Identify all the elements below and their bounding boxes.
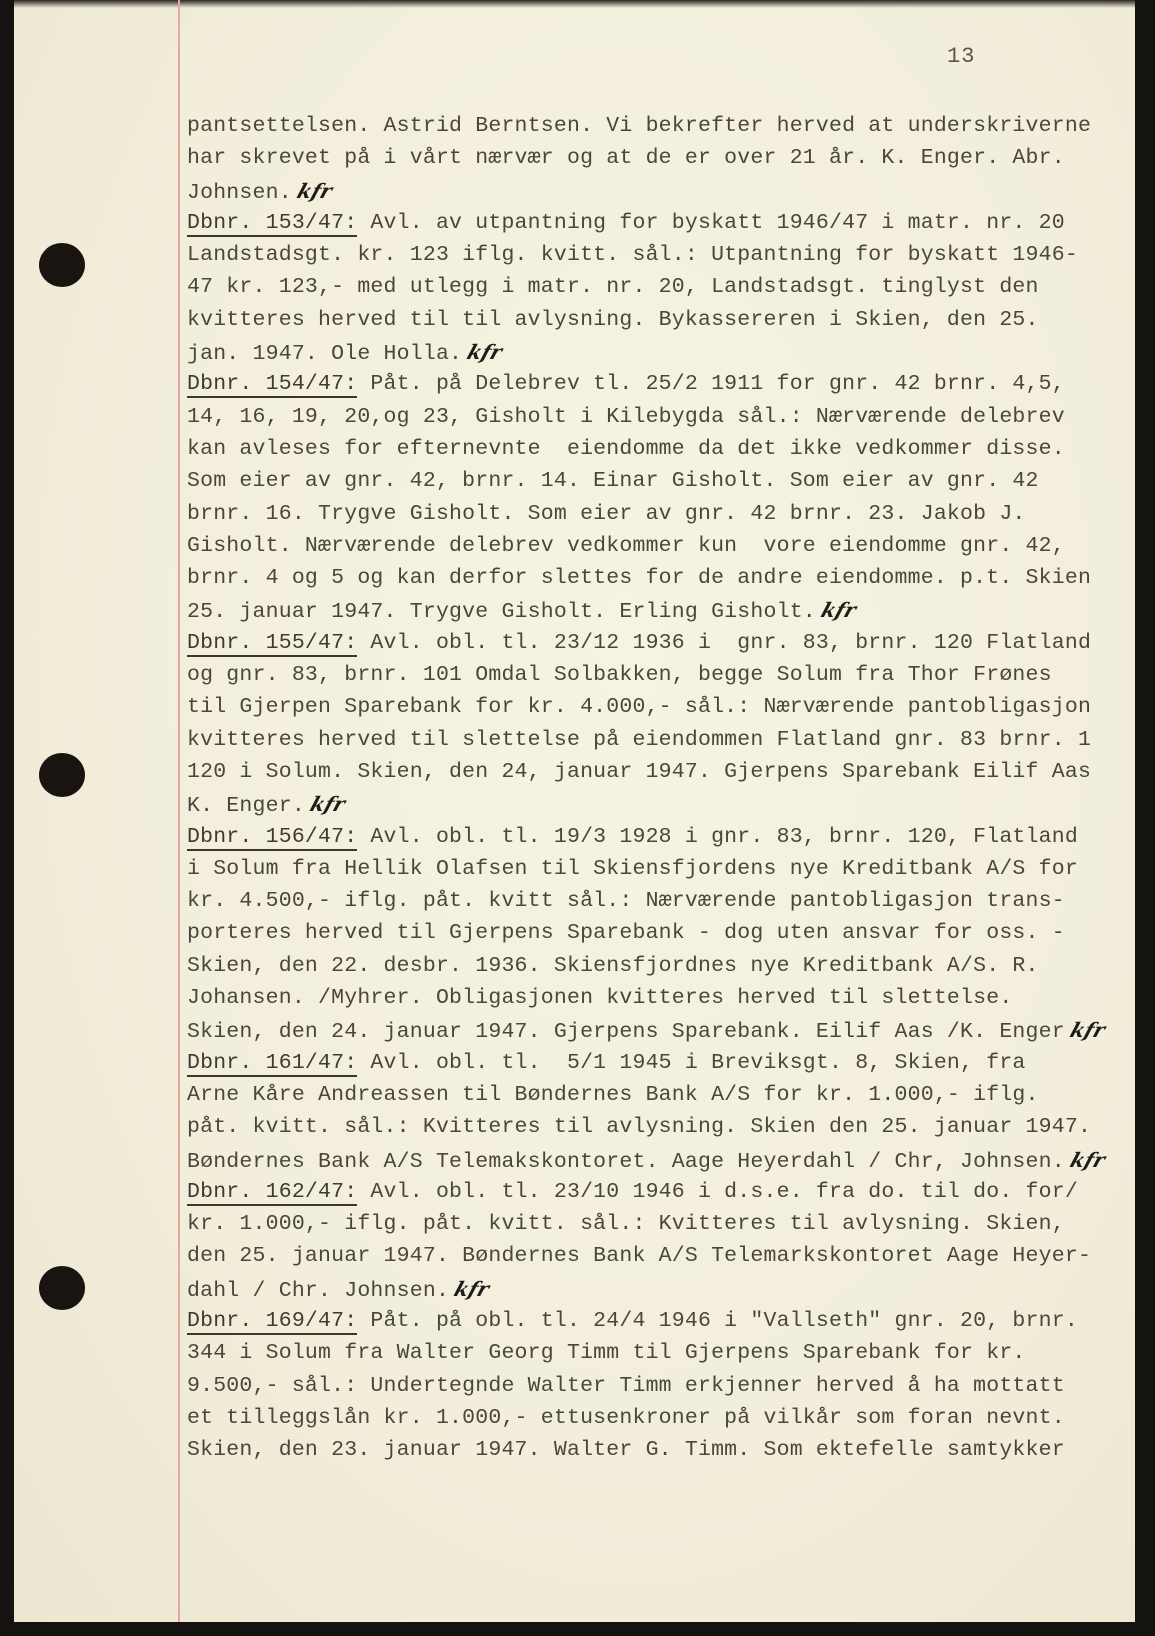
text-line: Johnsen.kfr	[187, 175, 1107, 207]
text-line: 9.500,- sål.: Undertegnde Walter Timm er…	[187, 1370, 1107, 1402]
line-text: Johansen. /Myhrer. Obligasjonen kvittere…	[187, 986, 1012, 1010]
line-text: 120 i Solum. Skien, den 24, januar 1947.…	[187, 760, 1091, 784]
dbnr-reference: Dbnr. 156/47:	[187, 825, 357, 851]
binder-hole-icon	[39, 243, 85, 287]
line-text: 14, 16, 19, 20,og 23, Gisholt i Kilebygd…	[187, 405, 1065, 429]
line-text: kvitteres herved til slettelse på eiendo…	[187, 728, 1091, 752]
text-line: 14, 16, 19, 20,og 23, Gisholt i Kilebygd…	[187, 401, 1107, 433]
handwritten-initials-icon: kfr	[306, 788, 350, 820]
handwritten-initials-icon: kfr	[817, 594, 861, 626]
text-line: dahl / Chr. Johnsen.kfr	[187, 1273, 1107, 1305]
line-text: Avl. obl. tl. 19/3 1928 i gnr. 83, brnr.…	[357, 825, 1078, 849]
dbnr-reference: Dbnr. 162/47:	[187, 1180, 357, 1206]
text-line: Som eier av gnr. 42, brnr. 14. Einar Gis…	[187, 465, 1107, 497]
text-line: kvitteres herved til til avlysning. Byka…	[187, 304, 1107, 336]
line-text: jan. 1947. Ole Holla.	[187, 342, 462, 366]
handwritten-initials-icon: kfr	[463, 336, 507, 368]
line-text: Bøndernes Bank A/S Telemakskontoret. Aag…	[187, 1150, 1065, 1174]
line-text: brnr. 16. Trygve Gisholt. Som eier av gn…	[187, 502, 1026, 526]
text-line: og gnr. 83, brnr. 101 Omdal Solbakken, b…	[187, 659, 1107, 691]
text-line: har skrevet på i vårt nærvær og at de er…	[187, 142, 1107, 174]
text-line: pantsettelsen. Astrid Berntsen. Vi bekre…	[187, 110, 1107, 142]
line-text: Skien, den 22. desbr. 1936. Skiensfjordn…	[187, 954, 1039, 978]
text-line: kr. 4.500,- iflg. påt. kvitt sål.: Nærvæ…	[187, 885, 1107, 917]
line-text: 47 kr. 123,- med utlegg i matr. nr. 20, …	[187, 275, 1039, 299]
text-line: Johansen. /Myhrer. Obligasjonen kvittere…	[187, 982, 1107, 1014]
line-text: 25. januar 1947. Trygve Gisholt. Erling …	[187, 600, 816, 624]
entry-header-line: Dbnr. 161/47: Avl. obl. tl. 5/1 1945 i B…	[187, 1047, 1107, 1079]
red-margin-line	[178, 0, 180, 1622]
line-text: Skien, den 24. januar 1947. Gjerpens Spa…	[187, 1020, 1065, 1044]
document-page: 13 pantsettelsen. Astrid Berntsen. Vi be…	[14, 0, 1135, 1622]
text-line: brnr. 16. Trygve Gisholt. Som eier av gn…	[187, 498, 1107, 530]
line-text: 9.500,- sål.: Undertegnde Walter Timm er…	[187, 1374, 1065, 1398]
handwritten-initials-icon: kfr	[293, 175, 337, 207]
text-line: 47 kr. 123,- med utlegg i matr. nr. 20, …	[187, 271, 1107, 303]
line-text: Påt. på Delebrev tl. 25/2 1911 for gnr. …	[357, 372, 1065, 396]
text-line: i Solum fra Hellik Olafsen til Skiensfjo…	[187, 853, 1107, 885]
line-text: Johnsen.	[187, 181, 292, 205]
entry-header-line: Dbnr. 154/47: Påt. på Delebrev tl. 25/2 …	[187, 368, 1107, 400]
binder-hole-icon	[39, 1266, 85, 1310]
text-line: Gisholt. Nærværende delebrev vedkommer k…	[187, 530, 1107, 562]
text-line: påt. kvitt. sål.: Kvitteres til avlysnin…	[187, 1111, 1107, 1143]
entry-header-line: Dbnr. 169/47: Påt. på obl. tl. 24/4 1946…	[187, 1305, 1107, 1337]
binder-hole-icon	[39, 753, 85, 797]
text-line: 25. januar 1947. Trygve Gisholt. Erling …	[187, 594, 1107, 626]
handwritten-initials-icon: kfr	[1066, 1014, 1110, 1046]
entry-header-line: Dbnr. 162/47: Avl. obl. tl. 23/10 1946 i…	[187, 1176, 1107, 1208]
line-text: 344 i Solum fra Walter Georg Timm til Gj…	[187, 1341, 1026, 1365]
dbnr-reference: Dbnr. 161/47:	[187, 1051, 357, 1077]
line-text: kan avleses for efternevnte eiendomme da…	[187, 437, 1065, 461]
line-text: Landstadsgt. kr. 123 iflg. kvitt. sål.: …	[187, 243, 1078, 267]
dbnr-reference: Dbnr. 169/47:	[187, 1309, 357, 1335]
text-line: jan. 1947. Ole Holla.kfr	[187, 336, 1107, 368]
text-line: 120 i Solum. Skien, den 24, januar 1947.…	[187, 756, 1107, 788]
text-line: Skien, den 22. desbr. 1936. Skiensfjordn…	[187, 950, 1107, 982]
text-line: Bøndernes Bank A/S Telemakskontoret. Aag…	[187, 1144, 1107, 1176]
text-line: 344 i Solum fra Walter Georg Timm til Gj…	[187, 1337, 1107, 1369]
line-text: brnr. 4 og 5 og kan derfor slettes for d…	[187, 566, 1091, 590]
text-line: Arne Kåre Andreassen til Bøndernes Bank …	[187, 1079, 1107, 1111]
handwritten-initials-icon: kfr	[1066, 1144, 1110, 1176]
line-text: Skien, den 23. januar 1947. Walter G. Ti…	[187, 1438, 1065, 1462]
dbnr-reference: Dbnr. 153/47:	[187, 211, 357, 237]
line-text: dahl / Chr. Johnsen.	[187, 1279, 449, 1303]
line-text: Gisholt. Nærværende delebrev vedkommer k…	[187, 534, 1065, 558]
line-text: Avl. obl. tl. 23/12 1936 i gnr. 83, brnr…	[357, 631, 1091, 655]
text-line: kan avleses for efternevnte eiendomme da…	[187, 433, 1107, 465]
handwritten-initials-icon: kfr	[450, 1273, 494, 1305]
dbnr-reference: Dbnr. 154/47:	[187, 372, 357, 398]
line-text: kvitteres herved til til avlysning. Byka…	[187, 308, 1039, 332]
line-text: pantsettelsen. Astrid Berntsen. Vi bekre…	[187, 114, 1091, 138]
line-text: Arne Kåre Andreassen til Bøndernes Bank …	[187, 1083, 1039, 1107]
text-line: K. Enger.kfr	[187, 788, 1107, 820]
line-text: i Solum fra Hellik Olafsen til Skiensfjo…	[187, 857, 1078, 881]
line-text: Som eier av gnr. 42, brnr. 14. Einar Gis…	[187, 469, 1039, 493]
line-text: K. Enger.	[187, 794, 305, 818]
text-line: porteres herved til Gjerpens Sparebank -…	[187, 917, 1107, 949]
page-number: 13	[947, 44, 975, 69]
text-line: kvitteres herved til slettelse på eiendo…	[187, 724, 1107, 756]
text-line: den 25. januar 1947. Bøndernes Bank A/S …	[187, 1240, 1107, 1272]
line-text: og gnr. 83, brnr. 101 Omdal Solbakken, b…	[187, 663, 1052, 687]
line-text: Avl. obl. tl. 23/10 1946 i d.s.e. fra do…	[357, 1180, 1078, 1204]
entry-header-line: Dbnr. 155/47: Avl. obl. tl. 23/12 1936 i…	[187, 627, 1107, 659]
line-text: Avl. av utpantning for byskatt 1946/47 i…	[357, 211, 1065, 235]
text-line: Landstadsgt. kr. 123 iflg. kvitt. sål.: …	[187, 239, 1107, 271]
line-text: et tilleggslån kr. 1.000,- ettusenkroner…	[187, 1406, 1065, 1430]
line-text: Påt. på obl. tl. 24/4 1946 i "Vallseth" …	[357, 1309, 1078, 1333]
line-text: påt. kvitt. sål.: Kvitteres til avlysnin…	[187, 1115, 1091, 1139]
text-line: Skien, den 23. januar 1947. Walter G. Ti…	[187, 1434, 1107, 1466]
text-line: kr. 1.000,- iflg. påt. kvitt. sål.: Kvit…	[187, 1208, 1107, 1240]
text-line: til Gjerpen Sparebank for kr. 4.000,- så…	[187, 691, 1107, 723]
text-line: et tilleggslån kr. 1.000,- ettusenkroner…	[187, 1402, 1107, 1434]
page-edge-shadow	[14, 0, 1135, 8]
line-text: har skrevet på i vårt nærvær og at de er…	[187, 146, 1065, 170]
entry-header-line: Dbnr. 156/47: Avl. obl. tl. 19/3 1928 i …	[187, 821, 1107, 853]
line-text: kr. 1.000,- iflg. påt. kvitt. sål.: Kvit…	[187, 1212, 1065, 1236]
typed-text-body: pantsettelsen. Astrid Berntsen. Vi bekre…	[187, 110, 1107, 1466]
line-text: kr. 4.500,- iflg. påt. kvitt sål.: Nærvæ…	[187, 889, 1065, 913]
entry-header-line: Dbnr. 153/47: Avl. av utpantning for bys…	[187, 207, 1107, 239]
line-text: til Gjerpen Sparebank for kr. 4.000,- så…	[187, 695, 1091, 719]
text-line: Skien, den 24. januar 1947. Gjerpens Spa…	[187, 1014, 1107, 1046]
line-text: porteres herved til Gjerpens Sparebank -…	[187, 921, 1065, 945]
line-text: Avl. obl. tl. 5/1 1945 i Breviksgt. 8, S…	[357, 1051, 1025, 1075]
dbnr-reference: Dbnr. 155/47:	[187, 631, 357, 657]
text-line: brnr. 4 og 5 og kan derfor slettes for d…	[187, 562, 1107, 594]
line-text: den 25. januar 1947. Bøndernes Bank A/S …	[187, 1244, 1091, 1268]
